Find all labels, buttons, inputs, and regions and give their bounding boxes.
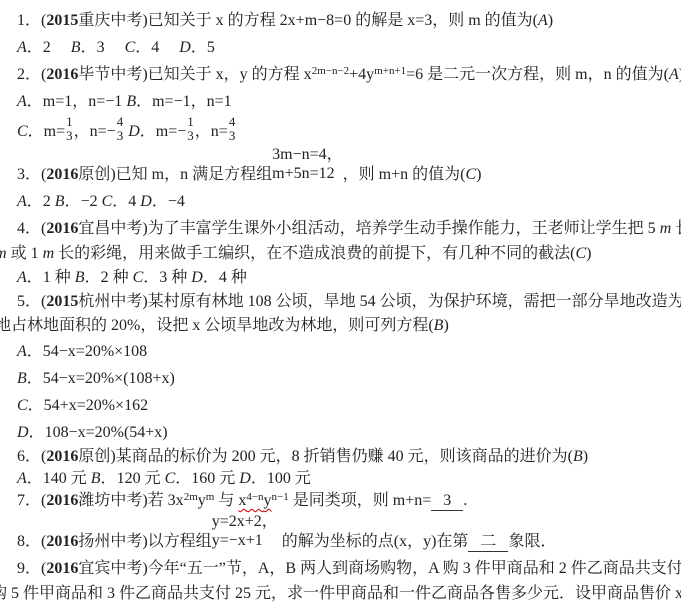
text-run: 购 5 件甲商品和 3 件乙商品共支付 25 元，求一件甲商品和一件乙商品各售多… bbox=[0, 585, 681, 602]
superscript: 2m bbox=[184, 491, 198, 503]
text-run: ．100 元 bbox=[251, 470, 311, 487]
equation-top: y=2x+2， bbox=[212, 512, 278, 531]
text-run: 原创)已知 m，n 满足方程组 bbox=[78, 166, 272, 183]
question-3: 3．(2016原创)已知 m，n 满足方程组3m−n=4，m+5n=12，则 m… bbox=[0, 145, 681, 188]
fraction-denominator: 3 bbox=[66, 129, 73, 143]
text-run: ) bbox=[443, 317, 448, 334]
italic-letter: B bbox=[573, 448, 583, 465]
fraction-numerator: 4 bbox=[117, 115, 124, 129]
text-run: 2．( bbox=[17, 66, 46, 83]
equation-system: y=2x+2，y=−x+1 bbox=[212, 512, 278, 550]
italic-letter: C bbox=[465, 166, 476, 183]
italic-letter: D bbox=[239, 470, 251, 487]
equation-system: 3m−n=4，m+5n=12 bbox=[272, 145, 343, 183]
question-3-options: A．2 B．−2 C．4 D．−4 bbox=[0, 188, 681, 215]
question-4-options: A．1 种 B．2 种 C．3 种 D．4 种 bbox=[0, 266, 681, 290]
text-run: . bbox=[463, 492, 467, 509]
superscript: 2m−n−2 bbox=[312, 65, 349, 77]
italic-letter: m bbox=[660, 220, 672, 237]
text-run: ．54−x=20%×108 bbox=[27, 343, 147, 360]
question-7: 7．(2016潍坊中考)若 3x2mym 与 x4−nyn−1 是同类项，则 m… bbox=[0, 490, 681, 512]
text-run: 1．( bbox=[17, 12, 46, 29]
text-run: 扬州中考)以方程组 bbox=[78, 533, 211, 550]
italic-letter: A bbox=[17, 39, 27, 56]
year-bold: 2015 bbox=[46, 12, 78, 29]
fraction-numerator: 4 bbox=[229, 115, 236, 129]
text-run: ．140 元 bbox=[27, 470, 91, 487]
superscript: m+n+1 bbox=[374, 65, 406, 77]
question-8: 8．(2016扬州中考)以方程组y=2x+2，y=−x+1 的解为坐标的点(x，… bbox=[0, 512, 681, 555]
text-run: 5．( bbox=[17, 293, 46, 310]
italic-letter: D bbox=[128, 123, 140, 140]
text-run: ．2 种 bbox=[85, 269, 133, 286]
year-bold: 2016 bbox=[46, 220, 78, 237]
fraction: 13 bbox=[186, 115, 195, 143]
text-run: ．4 bbox=[112, 193, 140, 210]
italic-letter: D bbox=[191, 269, 203, 286]
text-run: 是同类项，则 m+n= bbox=[289, 492, 432, 509]
fraction-numerator: 1 bbox=[66, 115, 73, 129]
text-run: ．54+x=20%×162 bbox=[28, 397, 148, 414]
text-run: 象限． bbox=[508, 533, 556, 550]
text-run: 重庆中考)已知关于 x 的方程 2x+m−8=0 的解是 x=3，则 m 的值为… bbox=[78, 12, 538, 29]
question-5-option-c: C．54+x=20%×162 bbox=[0, 392, 681, 419]
text-run: ．54−x=20%×(108+x) bbox=[27, 370, 175, 387]
text-run: ．4 bbox=[135, 39, 179, 56]
question-5-line-2: 地占林地面积的 20%，设把 x 公顷旱地改为林地，则可列方程(B) bbox=[0, 314, 681, 338]
italic-letter: A bbox=[17, 269, 27, 286]
italic-letter: D bbox=[179, 39, 191, 56]
question-5-option-a: A．54−x=20%×108 bbox=[0, 338, 681, 365]
year-bold: 2015 bbox=[46, 293, 78, 310]
italic-letter: B bbox=[434, 317, 444, 334]
text-run: 3．( bbox=[17, 166, 46, 183]
italic-letter: C bbox=[17, 123, 28, 140]
text-run: ．120 元 bbox=[101, 470, 165, 487]
text-run: ) bbox=[586, 245, 591, 262]
question-4-line-2: m 或 1 m 长的彩绳，用来做手工编织，在不造成浪费的前提下，有几种不同的截法… bbox=[0, 242, 681, 266]
spellcheck-wavy-group: x4−ny bbox=[238, 492, 271, 509]
text-run: ．4 种 bbox=[203, 269, 247, 286]
fraction-denominator: 3 bbox=[229, 129, 236, 143]
text-run: 9．( bbox=[17, 560, 46, 577]
question-6: 6．(2016原创)某商品的标价为 200 元，8 折销售仍赚 40 元，则该商… bbox=[0, 446, 681, 468]
question-5-option-d: D．108−x=20%(54+x) bbox=[0, 419, 681, 446]
italic-letter: B bbox=[55, 193, 65, 210]
text-run: ．3 种 bbox=[143, 269, 191, 286]
question-4-line-1: 4．(2016宜昌中考)为了丰富学生课外小组活动，培养学生动手操作能力，王老师让… bbox=[0, 215, 681, 242]
equation-bottom: m+5n=12 bbox=[272, 164, 343, 183]
italic-letter: B bbox=[75, 269, 85, 286]
fraction-numerator: 1 bbox=[187, 115, 194, 129]
exam-document-page: 1．(2015重庆中考)已知关于 x 的方程 2x+m−8=0 的解是 x=3，… bbox=[0, 0, 681, 604]
fraction: 43 bbox=[116, 115, 125, 143]
year-bold: 2016 bbox=[46, 492, 78, 509]
italic-letter: D bbox=[17, 424, 29, 441]
text-run: ．1 种 bbox=[27, 269, 75, 286]
italic-letter: D bbox=[140, 193, 152, 210]
text-run: ．160 元 bbox=[175, 470, 239, 487]
text-run: ．m= bbox=[28, 123, 65, 140]
text-run: ) bbox=[583, 448, 588, 465]
superscript: 4−n bbox=[246, 491, 263, 503]
year-bold: 2016 bbox=[46, 166, 78, 183]
text-run: ，则 m+n 的值为( bbox=[343, 166, 466, 183]
italic-letter: A bbox=[17, 470, 27, 487]
text-run: ．−4 bbox=[152, 193, 185, 210]
text-run: 杭州中考)某村原有林地 108 公顷，旱地 54 公顷，为保护环境，需把一部分旱… bbox=[78, 293, 681, 310]
text-run: 7．( bbox=[17, 492, 46, 509]
text-run: ，n=− bbox=[74, 123, 116, 140]
italic-letter: C bbox=[125, 39, 136, 56]
italic-letter: A bbox=[538, 12, 548, 29]
text-run: 4．( bbox=[17, 220, 46, 237]
text-run: ．−2 bbox=[65, 193, 102, 210]
text-run: 宜昌中考)为了丰富学生课外小组活动，培养学生动手操作能力，王老师让学生把 5 bbox=[78, 220, 659, 237]
question-6-options: A．140 元 B．120 元 C．160 元 D．100 元 bbox=[0, 468, 681, 490]
year-bold: 2016 bbox=[46, 560, 78, 577]
text-run: ．m=− bbox=[140, 123, 187, 140]
text-run: y bbox=[198, 492, 206, 509]
italic-letter: B bbox=[126, 93, 136, 110]
document-body: 1．(2015重庆中考)已知关于 x 的方程 2x+m−8=0 的解是 x=3，… bbox=[0, 7, 681, 604]
text-run: ．m=1，n=−1 bbox=[27, 93, 127, 110]
text-run: 6．( bbox=[17, 448, 46, 465]
year-bold: 2016 bbox=[46, 533, 78, 550]
text-run: 原创)某商品的标价为 200 元，8 折销售仍赚 40 元，则该商品的进价为( bbox=[78, 448, 573, 465]
text-run: ．m=−1，n=1 bbox=[136, 93, 232, 110]
question-1: 1．(2015重庆中考)已知关于 x 的方程 2x+m−8=0 的解是 x=3，… bbox=[0, 7, 681, 34]
text-run: y bbox=[264, 492, 272, 509]
question-1-options: A．2 B．3 C．4 D．5 bbox=[0, 34, 681, 61]
fraction: 13 bbox=[65, 115, 74, 143]
italic-letter: C bbox=[575, 245, 586, 262]
question-5-line-1: 5．(2015杭州中考)某村原有林地 108 公顷，旱地 54 公顷，为保护环境… bbox=[0, 290, 681, 314]
question-5-option-b: B．54−x=20%×(108+x) bbox=[0, 365, 681, 392]
italic-letter: C bbox=[17, 397, 28, 414]
text-run: 地占林地面积的 20%，设把 x 公顷旱地改为林地，则可列方程( bbox=[0, 317, 434, 334]
answer-blank: 3 bbox=[431, 492, 463, 511]
superscript: n−1 bbox=[272, 491, 289, 503]
text-run: 8．( bbox=[17, 533, 46, 550]
fraction-denominator: 3 bbox=[187, 129, 194, 143]
question-9-line-2: 购 5 件甲商品和 3 件乙商品共支付 25 元，求一件甲商品和一件乙商品各售多… bbox=[0, 582, 681, 604]
text-run: ．108−x=20%(54+x) bbox=[29, 424, 168, 441]
italic-letter: B bbox=[91, 470, 101, 487]
fraction: 43 bbox=[228, 115, 237, 143]
text-run: 毕节中考)已知关于 x，y 的方程 x bbox=[78, 66, 311, 83]
answer-blank: 二 bbox=[468, 533, 508, 552]
year-bold: 2016 bbox=[46, 66, 78, 83]
italic-letter: C bbox=[133, 269, 144, 286]
text-run: +4y bbox=[349, 66, 374, 83]
year-bold: 2016 bbox=[46, 448, 78, 465]
text-run: 潍坊中考)若 3x bbox=[78, 492, 183, 509]
text-run: ) bbox=[476, 166, 481, 183]
text-run: ．2 bbox=[27, 193, 55, 210]
text-run: ．2 bbox=[27, 39, 71, 56]
italic-letter: C bbox=[102, 193, 113, 210]
italic-letter: B bbox=[71, 39, 81, 56]
text-run: 的解为坐标的点(x，y)在第 bbox=[278, 533, 469, 550]
text-run: =6 是二元一次方程，则 m，n 的值为( bbox=[406, 66, 669, 83]
text-run: ．5 bbox=[191, 39, 215, 56]
italic-letter: A bbox=[17, 93, 27, 110]
question-2-options-cd: C．m=13，n=−43 D．m=−13，n=43 bbox=[0, 115, 681, 145]
italic-letter: A bbox=[17, 193, 27, 210]
text-run: 长的彩绳截成 bbox=[671, 220, 681, 237]
text-run: 宜宾中考)今年“五一”节，A，B 两人到商场购物，A 购 3 件甲商品和 2 件… bbox=[78, 560, 681, 577]
italic-letter: A bbox=[669, 66, 679, 83]
fraction-denominator: 3 bbox=[117, 129, 124, 143]
equation-top: 3m−n=4， bbox=[272, 145, 343, 164]
italic-letter: m bbox=[43, 245, 55, 262]
text-run: 或 1 bbox=[7, 245, 43, 262]
text-run: ．3 bbox=[81, 39, 125, 56]
question-2-options-ab: A．m=1，n=−1 B．m=−1，n=1 bbox=[0, 88, 681, 115]
question-2: 2．(2016毕节中考)已知关于 x，y 的方程 x2m−n−2+4ym+n+1… bbox=[0, 61, 681, 88]
text-run: ，n= bbox=[195, 123, 228, 140]
text-run: ) bbox=[548, 12, 553, 29]
text-run: 长的彩绳，用来做手工编织，在不造成浪费的前提下，有几种不同的截法( bbox=[54, 245, 575, 262]
italic-letter: A bbox=[17, 343, 27, 360]
text-run: 与 bbox=[214, 492, 238, 509]
question-9-line-1: 9．(2016宜宾中考)今年“五一”节，A，B 两人到商场购物，A 购 3 件甲… bbox=[0, 555, 681, 582]
equation-bottom: y=−x+1 bbox=[212, 531, 278, 550]
italic-letter: C bbox=[165, 470, 176, 487]
italic-letter: B bbox=[17, 370, 27, 387]
